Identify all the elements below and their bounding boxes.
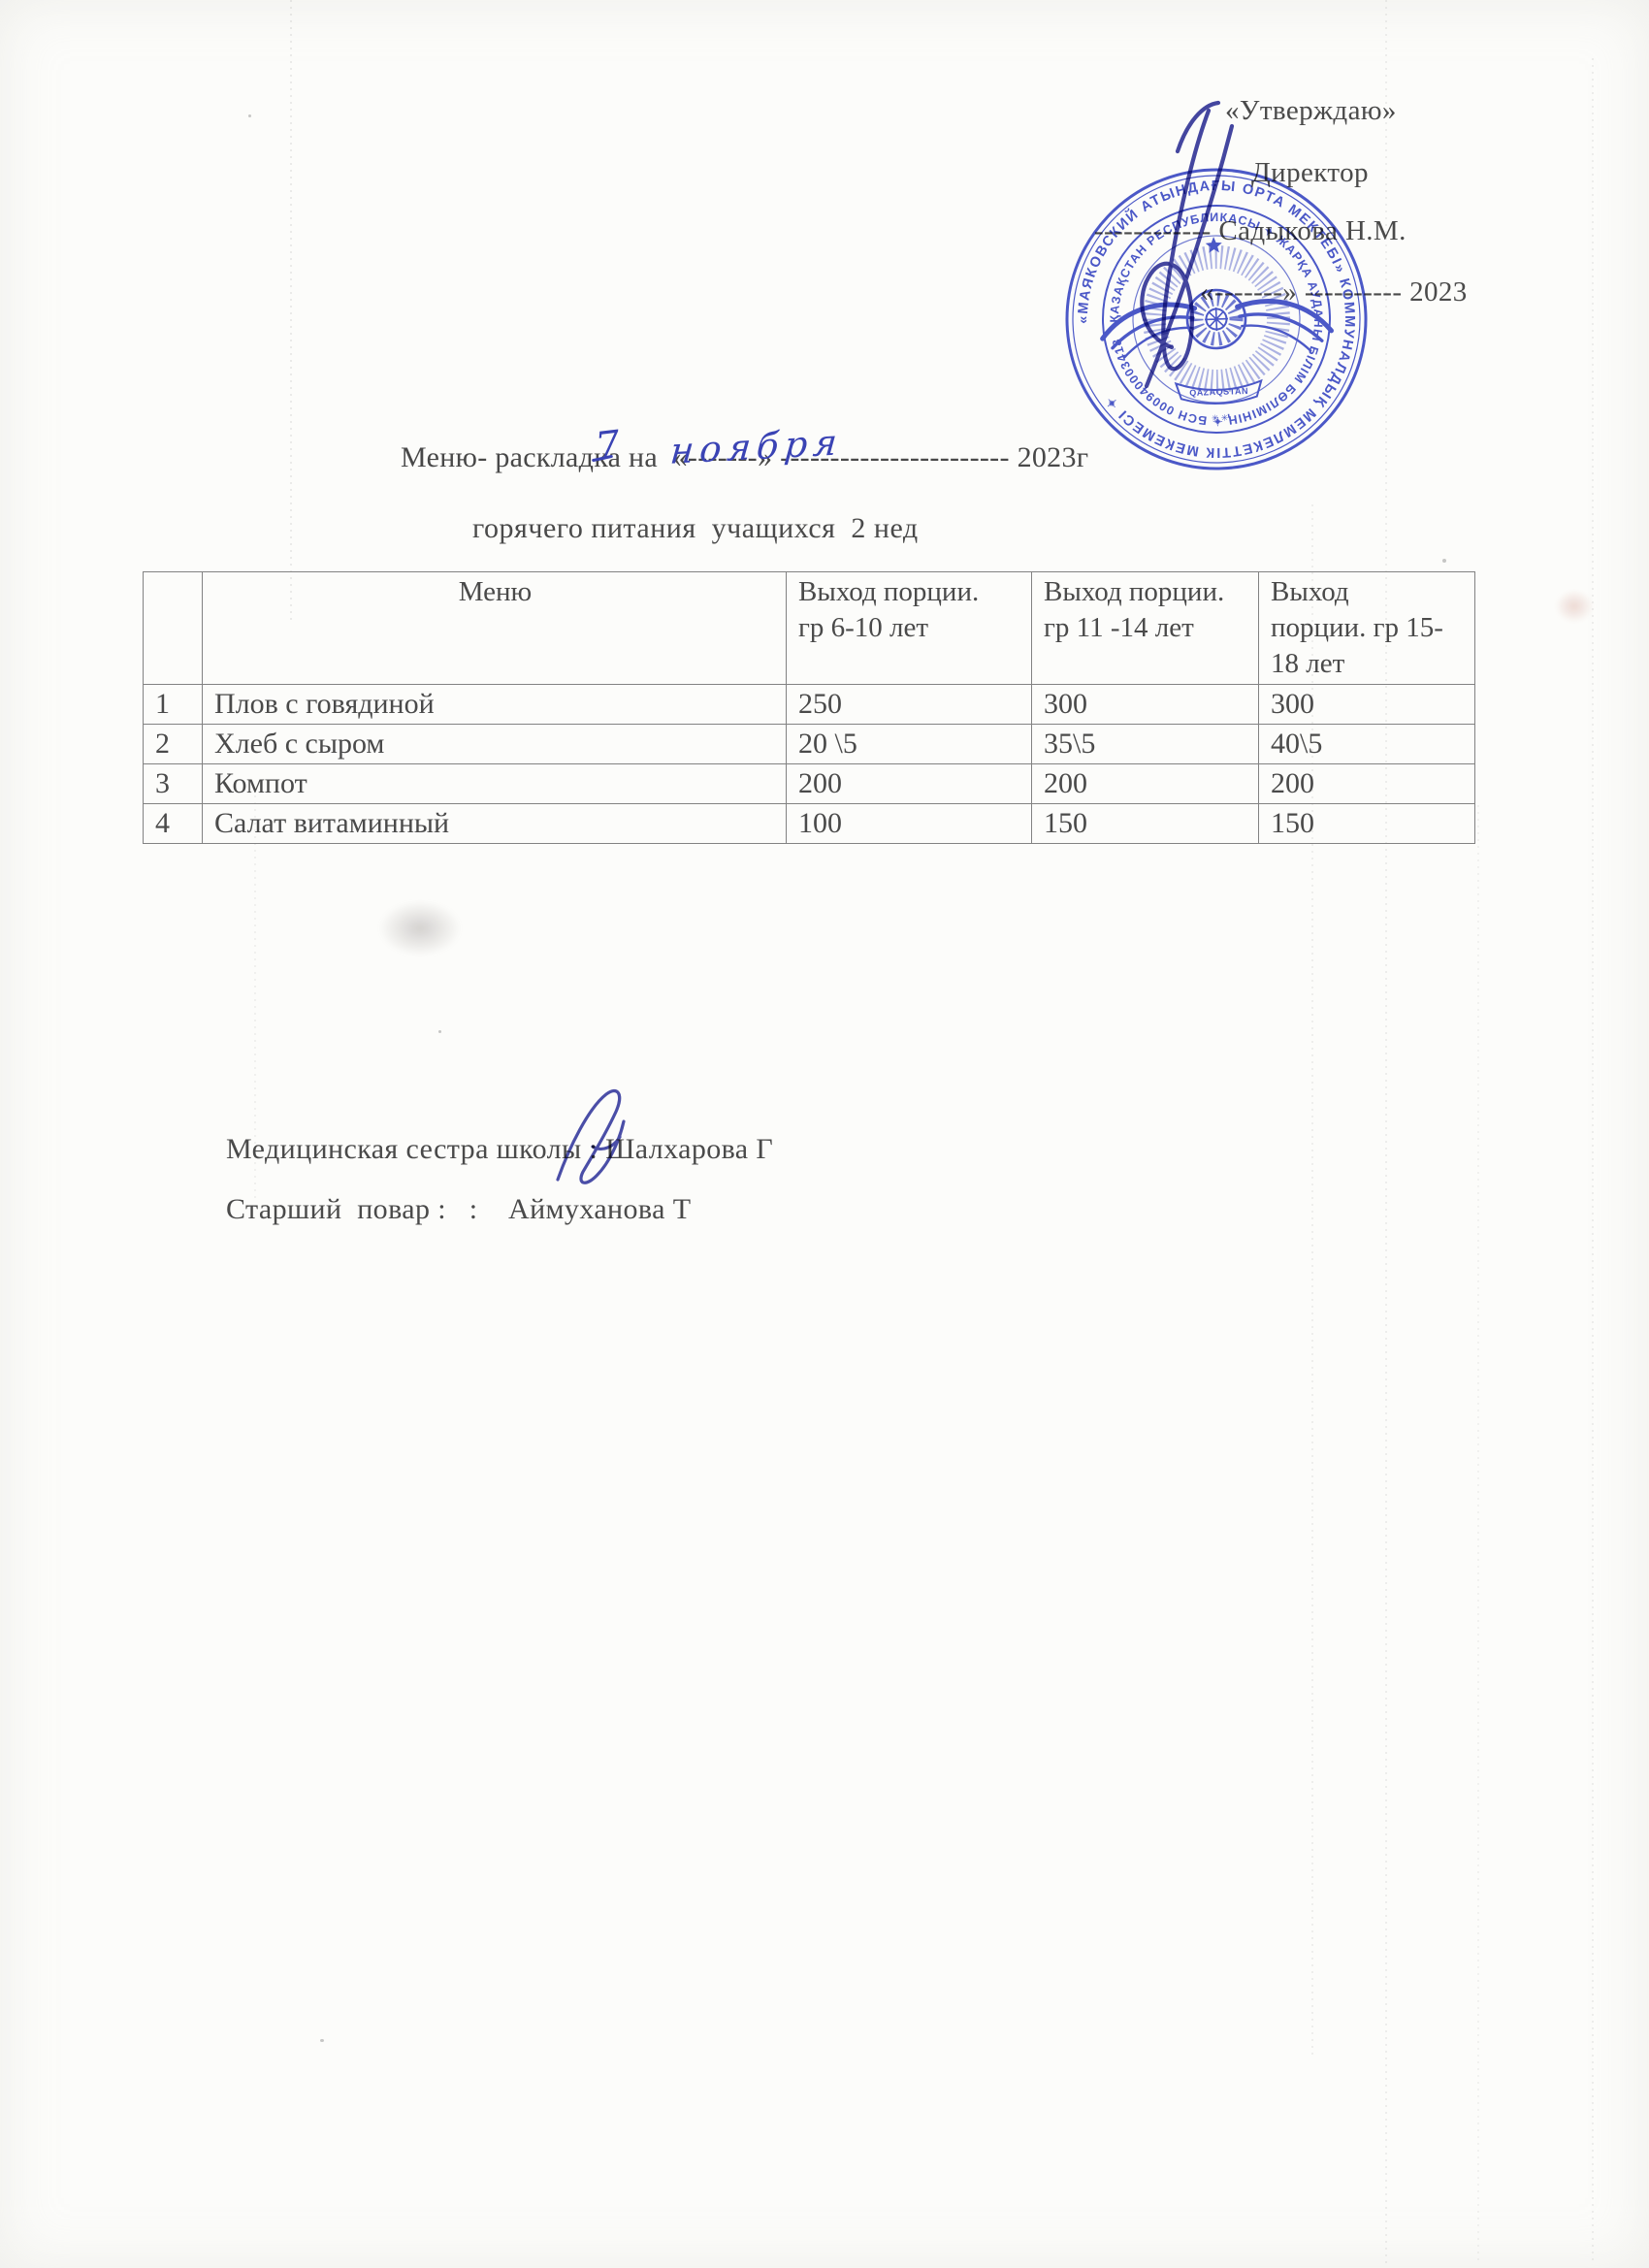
table-row: 4 Салат витаминный 100 150 150 — [144, 804, 1475, 844]
nurse-line: Медицинская сестра школы : Шалхарова Г — [226, 1133, 773, 1166]
dish-name: Плов с говядиной — [203, 685, 787, 725]
portion-15-18: 150 — [1259, 804, 1475, 844]
header-portion-15-18: Выход порции. гр 15-18 лет — [1259, 572, 1475, 685]
scan-speck — [248, 114, 251, 117]
portion-11-14: 300 — [1032, 685, 1259, 725]
portion-11-14: 150 — [1032, 804, 1259, 844]
portion-15-18: 200 — [1259, 764, 1475, 804]
header-number — [144, 572, 203, 685]
row-number: 1 — [144, 685, 203, 725]
table-row: 2 Хлеб с сыром 20 \5 35\5 40\5 — [144, 725, 1475, 764]
menu-subtitle: горячего питания учащихся 2 нед — [472, 512, 919, 545]
dish-name: Компот — [203, 764, 787, 804]
scan-artifact — [1592, 58, 1594, 2260]
title-year: 2023г — [1018, 441, 1089, 473]
portion-11-14: 200 — [1032, 764, 1259, 804]
director-signature — [1084, 89, 1298, 409]
portion-6-10: 250 — [787, 685, 1032, 725]
pencil-smudge — [378, 900, 462, 956]
portion-11-14: 35\5 — [1032, 725, 1259, 764]
table-row: 3 Компот 200 200 200 — [144, 764, 1475, 804]
dish-name: Хлеб с сыром — [203, 725, 787, 764]
scan-speck — [1442, 559, 1446, 563]
scan-artifact — [1385, 0, 1387, 2268]
nurse-signature — [536, 1073, 663, 1199]
scan-speck — [320, 2039, 324, 2042]
portion-15-18: 300 — [1259, 685, 1475, 725]
handwritten-day: 7 — [593, 423, 623, 470]
header-portion-11-14: Выход порции. гр 11 -14 лет — [1032, 572, 1259, 685]
menu-title: Меню- раскладка на «-------» -----------… — [401, 441, 1088, 474]
table-header-row: Меню Выход порции. гр 6-10 лет Выход пор… — [144, 572, 1475, 685]
scanned-document-page: «Утверждаю» Директор ------------ Садыко… — [0, 0, 1649, 2268]
header-portion-6-10: Выход порции. гр 6-10 лет — [787, 572, 1032, 685]
header-menu: Меню — [203, 572, 787, 685]
dish-name: Салат витаминный — [203, 804, 787, 844]
portion-6-10: 200 — [787, 764, 1032, 804]
row-number: 4 — [144, 804, 203, 844]
scan-speck — [438, 1030, 441, 1033]
table-row: 1 Плов с говядиной 250 300 300 — [144, 685, 1475, 725]
row-number: 2 — [144, 725, 203, 764]
scan-artifact — [290, 0, 292, 621]
portion-6-10: 20 \5 — [787, 725, 1032, 764]
stamp-ornament: ✳ ✳ — [1212, 413, 1229, 424]
row-number: 3 — [144, 764, 203, 804]
menu-table: Меню Выход порции. гр 6-10 лет Выход пор… — [143, 571, 1475, 844]
scan-artifact — [1477, 805, 1479, 2260]
portion-15-18: 40\5 — [1259, 725, 1475, 764]
portion-6-10: 100 — [787, 804, 1032, 844]
scan-smudge — [1555, 590, 1594, 623]
